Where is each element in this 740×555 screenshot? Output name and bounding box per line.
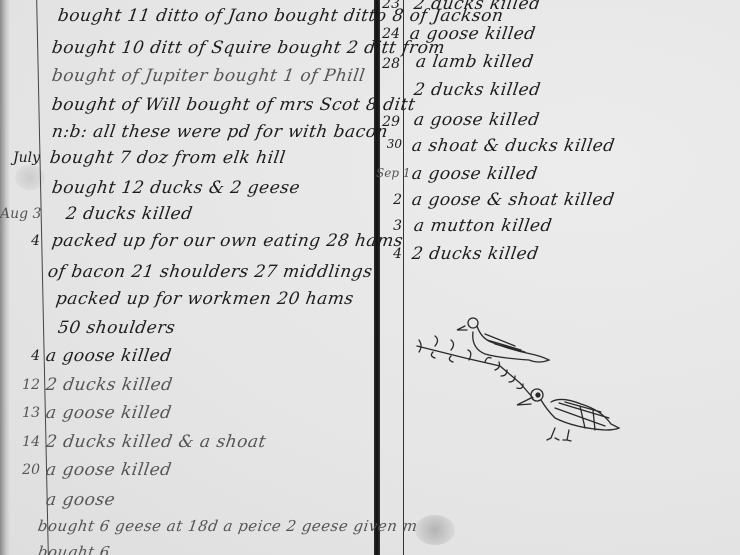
ledger-entry: bought of Jupiter bought 1 of Phill: [51, 66, 367, 86]
ledger-entry: a goose killed: [45, 460, 173, 480]
ledger-entry: 2 ducks killed: [411, 244, 540, 264]
ledger-entry: bought 6 geese at 18d a peice 2 geese gi…: [37, 517, 419, 535]
ledger-entry: a shoat & ducks killed: [411, 136, 617, 156]
entry-date: July: [4, 150, 40, 166]
entry-date: 4: [20, 348, 40, 364]
ledger-entry: bought 12 ducks & 2 geese: [51, 178, 302, 198]
entry-date: 29: [380, 114, 400, 130]
entry-date: 12: [14, 377, 40, 393]
entry-date: 13: [14, 405, 40, 421]
ink-smudge: [15, 165, 45, 190]
ledger-entry: 50 shoulders: [57, 318, 177, 338]
ledger-entry: a goose killed: [45, 346, 173, 366]
right-margin-rule: [403, 0, 404, 555]
page-edge-shadow: [0, 0, 10, 555]
page-binding-gutter: [374, 0, 380, 555]
ledger-entry: of bacon 21 shoulders 27 middlings: [47, 262, 374, 282]
ledger-entry: a goose & shoat killed: [411, 190, 616, 210]
ledger-entry: 2 ducks killed: [413, 0, 542, 14]
entry-date: Aug 3: [0, 206, 40, 222]
entry-date: 23: [380, 0, 400, 12]
entry-date: 14: [14, 434, 40, 450]
manuscript-page: bought 11 ditto of Jano bought ditto 8 o…: [0, 0, 740, 555]
ledger-entry: packed up for our own eating 28 hams: [51, 231, 405, 251]
ledger-entry: a goose killed: [411, 164, 539, 184]
ledger-entry: bought of Will bought of mrs Scot 8 ditt: [51, 95, 417, 115]
duck-sketch-icon: [405, 308, 635, 448]
ledger-entry: a goose: [45, 490, 117, 510]
entry-date: 4: [380, 246, 402, 262]
ledger-entry: a goose killed: [45, 403, 173, 423]
entry-date: 4: [20, 233, 40, 249]
ledger-entry: n:b: all these were pd for with bacon: [51, 122, 390, 142]
entry-date: 3: [380, 218, 402, 234]
ledger-entry: 2 ducks killed: [413, 80, 542, 100]
entry-date: 30: [380, 137, 402, 151]
ledger-entry: bought 7 doz from elk hill: [49, 148, 287, 168]
ledger-entry: a mutton killed: [413, 216, 554, 236]
entry-date: Sep 1: [376, 166, 402, 180]
entry-date: 2: [380, 192, 402, 208]
ledger-entry: 2 ducks killed: [65, 204, 194, 224]
ledger-entry: 2 ducks killed & a shoat: [45, 432, 268, 452]
ledger-entry: a goose killed: [409, 24, 537, 44]
ledger-entry: packed up for workmen 20 hams: [55, 289, 356, 309]
ledger-entry: 2 ducks killed: [45, 375, 174, 395]
entry-date: 24: [380, 26, 400, 42]
ledger-entry: a lamb killed: [415, 52, 535, 72]
ledger-entry: a goose killed: [413, 110, 541, 130]
ledger-entry: bought 6 ...: [37, 543, 132, 555]
entry-date: 20: [14, 462, 40, 478]
entry-date: 28: [380, 56, 400, 72]
ink-smudge: [415, 515, 455, 545]
